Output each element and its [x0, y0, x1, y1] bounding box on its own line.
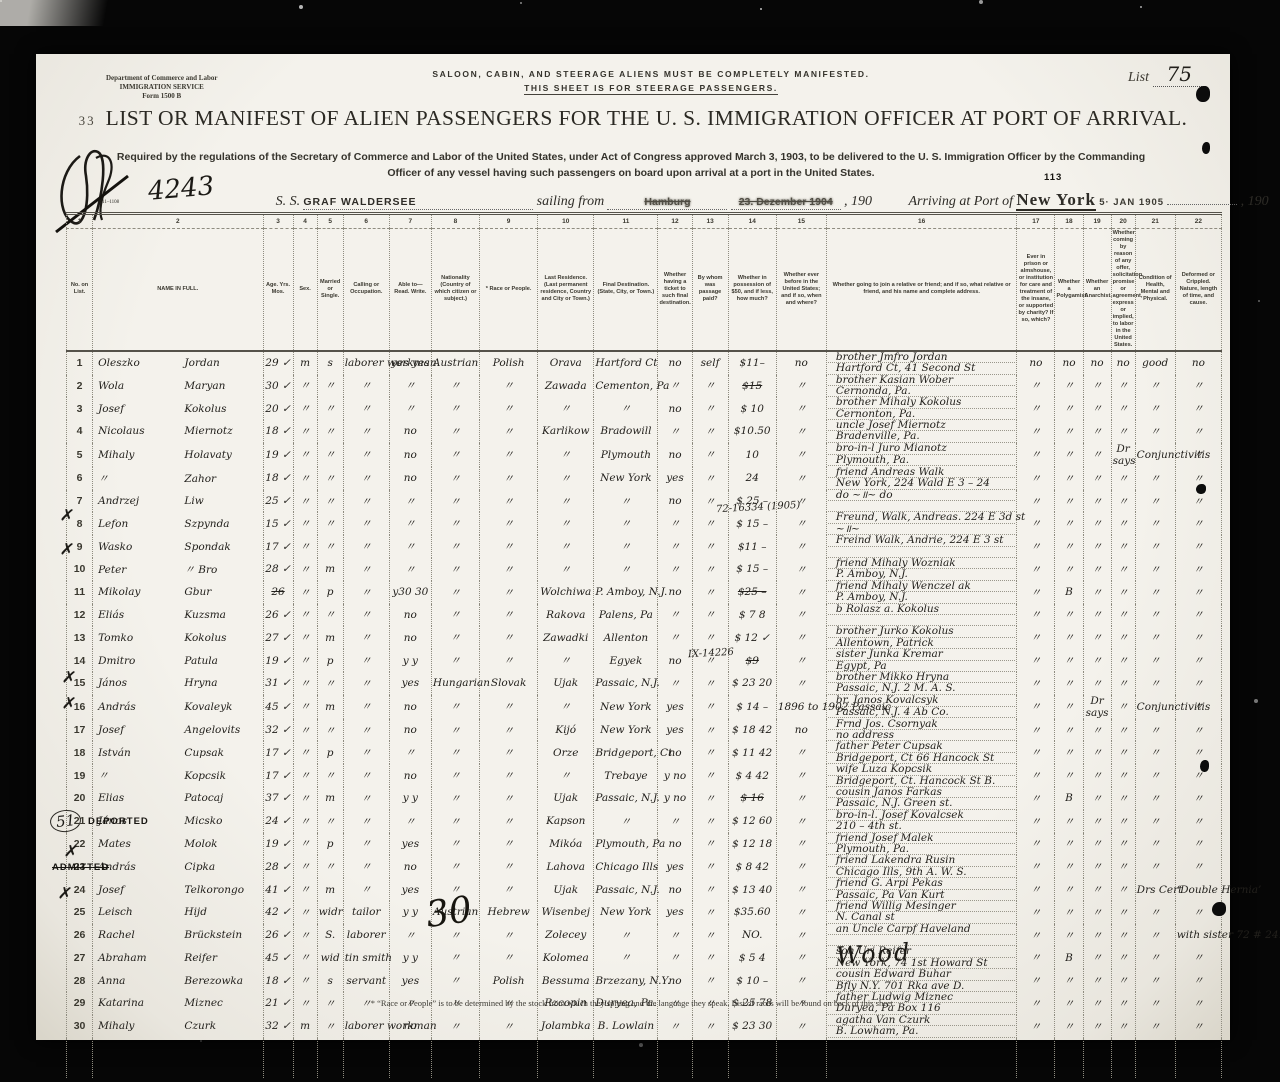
cell-c20: 〃 — [1111, 467, 1135, 490]
cell-paid: 〃 — [692, 512, 728, 535]
passenger-name: RachelBrückstein — [93, 924, 263, 947]
relative-line2: New York, 224 Wald E 3 – 24 — [828, 478, 1015, 489]
cell-c20: 〃 — [1111, 420, 1135, 443]
agency-line1: Department of Commerce and Labor — [106, 74, 217, 83]
cell-res: Zawadki — [538, 626, 594, 649]
cell-money: $11– — [728, 351, 776, 375]
cell-race: 〃 — [480, 946, 538, 969]
relative-friend-cell: brother Jmfro JordanHartford Ct, 41 Seco… — [826, 351, 1016, 375]
last-name: Kovaleyk — [178, 701, 232, 713]
cell-money: $ 5 4 — [728, 946, 776, 969]
last-name: Liw — [178, 495, 203, 507]
cell-money: $ 12 18 — [728, 833, 776, 856]
passenger-name: 〃Kopcsik — [93, 764, 263, 787]
cell-c22: with sister 72 # 24. Wa — [1175, 924, 1221, 947]
cell-tkt: yes — [658, 855, 692, 878]
relative-line2: P. Amboy, N.J. — [828, 592, 1015, 603]
passenger-name: LefonSzpynda — [93, 512, 263, 535]
cell-mar: 〃 — [317, 855, 343, 878]
cell-health: 〃 — [1135, 810, 1175, 833]
cell-rw: yes — [389, 833, 431, 856]
cell-health: 〃 — [1135, 397, 1175, 420]
cell-health: 〃 — [1135, 833, 1175, 856]
cell-age: 45 ✓ — [263, 946, 293, 969]
cell-tkt: 〃 — [658, 535, 692, 558]
first-name: Mihaly — [94, 449, 178, 461]
cell-res: Lahova — [538, 855, 594, 878]
cell-occ: 〃 — [343, 512, 389, 535]
cell-paid: 〃 — [692, 581, 728, 604]
cell-c20: 〃 — [1111, 626, 1135, 649]
table-row: 25LeischHijd42 ✓〃widrtailory yAustrianHe… — [67, 901, 1222, 924]
cell-c18: 〃 — [1055, 764, 1083, 787]
cell-sex: 〃 — [293, 787, 317, 810]
cell-before: 〃 — [776, 558, 826, 581]
cell-c17: 〃 — [1017, 581, 1055, 604]
cell-c19: 〃 — [1083, 581, 1111, 604]
cell-race: Polish — [480, 351, 538, 375]
cell-c17: 〃 — [1017, 397, 1055, 420]
cell-health: 〃 — [1135, 581, 1175, 604]
cell-age: 15 ✓ — [263, 512, 293, 535]
cell-race: 〃 — [480, 924, 538, 947]
cell-age: 19 ✓ — [263, 833, 293, 856]
cell-sex: 〃 — [293, 604, 317, 627]
cell-dest: 〃 — [594, 397, 658, 420]
cell-age: 20 ✓ — [263, 397, 293, 420]
cell-nat: 〃 — [431, 741, 479, 764]
cell-race: 〃 — [480, 375, 538, 398]
cell-tkt: yes — [658, 901, 692, 924]
cell-c19: 〃 — [1083, 558, 1111, 581]
cell-tkt: y no — [658, 787, 692, 810]
cell-money: 10 — [728, 443, 776, 467]
cell-res: Zolecey — [538, 924, 594, 947]
cell-mar: s — [317, 969, 343, 992]
page-stamp: 33 — [79, 113, 96, 128]
cell-no: 19 — [67, 764, 93, 787]
cell-money: $ 16 — [728, 787, 776, 810]
cell-nat: 〃 — [431, 649, 479, 672]
cell-no: 1 — [67, 351, 93, 375]
column-header: NAME IN FULL. — [93, 229, 263, 351]
cell-rw: no — [389, 626, 431, 649]
cell-nat: 〃 — [431, 810, 479, 833]
cell-c20: 〃 — [1111, 397, 1135, 420]
relative-line2: 210 – 4th st. — [828, 821, 1015, 832]
cell-health: 〃 — [1135, 901, 1175, 924]
first-name: Josef — [94, 884, 178, 896]
arrival-port: New York — [1016, 190, 1096, 211]
first-name: Josef — [94, 403, 178, 415]
cell-paid: 〃 — [692, 443, 728, 467]
passenger-name: WaskoSpondak — [93, 535, 263, 558]
cell-tkt: 〃 — [658, 626, 692, 649]
cell-c22: 〃 — [1175, 672, 1221, 695]
cell-paid: 〃 — [692, 901, 728, 924]
relative-friend-cell: friend Lakendra RusinChicago Ills, 9th A… — [826, 855, 1016, 878]
first-name: Elias — [94, 792, 178, 804]
cell-c20: 〃 — [1111, 490, 1135, 513]
cell-sex: 〃 — [293, 695, 317, 719]
cell-c19: 〃 — [1083, 719, 1111, 742]
column-header: Deformed or Crippled. Nature, length of … — [1175, 229, 1221, 351]
cell-c18: 〃 — [1055, 397, 1083, 420]
relative-line1: wife Luza Kopcsik — [828, 764, 1015, 775]
cell-dest: P. Amboy, N.J. — [594, 581, 658, 604]
cell-res: 〃 — [538, 535, 594, 558]
cell-race: Hebrew — [480, 901, 538, 924]
cell-c17: 〃 — [1017, 467, 1055, 490]
cell-dest: Passaic, N.J. — [594, 787, 658, 810]
cell-rw: 〃 — [389, 512, 431, 535]
passenger-name: AbrahamReifer — [93, 946, 263, 969]
cell-money: NO. — [728, 924, 776, 947]
column-header: Whether ever before in the United States… — [776, 229, 826, 351]
cell-c17: 〃 — [1017, 672, 1055, 695]
first-name: Dmitro — [94, 655, 178, 667]
cell-c18: 〃 — [1055, 719, 1083, 742]
cell-c18: B — [1055, 581, 1083, 604]
cell-paid: 〃 — [692, 420, 728, 443]
cell-c20: 〃 — [1111, 855, 1135, 878]
cell-c22: 〃 — [1175, 558, 1221, 581]
cell-mar: 〃 — [317, 375, 343, 398]
cell-paid: 〃 — [692, 695, 728, 719]
cell-dest: New York — [594, 467, 658, 490]
cell-nat: 〃 — [431, 946, 479, 969]
cell-race: 〃 — [480, 1015, 538, 1038]
cell-sex: 〃 — [293, 810, 317, 833]
cell-mar: 〃 — [317, 604, 343, 627]
cell-c17: 〃 — [1017, 901, 1055, 924]
first-name: 〃 — [94, 471, 178, 486]
relative-line1: do ~॥~ do — [828, 490, 1015, 501]
column-header: Sex. — [293, 229, 317, 351]
cell-sex: 〃 — [293, 558, 317, 581]
passenger-name: EliásKuzsma — [93, 604, 263, 627]
cell-no: 2 — [67, 375, 93, 398]
cell-mar: m — [317, 878, 343, 901]
first-name: Peter — [94, 564, 178, 576]
cell-age: 24 ✓ — [263, 810, 293, 833]
cell-occ: laborer — [343, 924, 389, 947]
column-number: 11 — [594, 214, 658, 229]
cell-money: $10.50 — [728, 420, 776, 443]
cell-res: Zawada — [538, 375, 594, 398]
column-header: Nationality (Country of which citizen or… — [431, 229, 479, 351]
last-name: Miernotz — [178, 425, 232, 437]
cell-paid: 〃 — [692, 969, 728, 992]
cell-c17: 〃 — [1017, 764, 1055, 787]
cell-nat: 〃 — [431, 535, 479, 558]
cell-tkt: 〃 — [658, 558, 692, 581]
last-name: Patula — [178, 655, 217, 667]
cell-sex: 〃 — [293, 764, 317, 787]
relative-friend-cell: bro-in-l Juro MianotzPlymouth, Pa. — [826, 443, 1016, 467]
cell-health: 〃 — [1135, 649, 1175, 672]
cell-before: 〃 — [776, 901, 826, 924]
cell-paid: 〃 — [692, 787, 728, 810]
cell-race: 〃 — [480, 719, 538, 742]
table-row: 20EliasPatocaj37 ✓〃m〃y y〃〃UjakPassaic, N… — [67, 787, 1222, 810]
last-name: Molok — [178, 838, 217, 850]
cell-rw: 〃 — [389, 375, 431, 398]
relative-friend-cell: brother Mihaly KokolusCernonton, Pa. — [826, 397, 1016, 420]
cell-res: Rakova — [538, 604, 594, 627]
cell-nat: 〃 — [431, 719, 479, 742]
cell-rw: no — [389, 719, 431, 742]
relative-line2: Passaic, N.J. 4 Ab Co. — [828, 707, 1015, 718]
cell-age: 17 ✓ — [263, 535, 293, 558]
cell-before: 1896 to 1902 Passaic — [776, 695, 826, 719]
column-header: Whether an Anarchist. — [1083, 229, 1111, 351]
cell-dest: Passaic, N.J. — [594, 672, 658, 695]
cell-c18: 〃 — [1055, 558, 1083, 581]
margin-x-row26: ✗ — [63, 841, 80, 863]
cell-c18: 〃 — [1055, 375, 1083, 398]
cell-c17: 〃 — [1017, 969, 1055, 992]
scan-artifact — [1212, 902, 1226, 916]
cell-paid: self — [692, 351, 728, 375]
first-name: Wola — [94, 380, 178, 392]
cell-c20: 〃 — [1111, 764, 1135, 787]
cell-tkt: no — [658, 443, 692, 467]
column-header: * Race or People. — [480, 229, 538, 351]
cell-dest: 〃 — [594, 810, 658, 833]
last-name: Hijd — [178, 906, 207, 918]
cell-c17: 〃 — [1017, 626, 1055, 649]
table-row: 19〃Kopcsik17 ✓〃〃〃no〃〃〃Trebayey no〃$ 4 42… — [67, 764, 1222, 787]
cell-mar: 〃 — [317, 512, 343, 535]
cell-age: 25 ✓ — [263, 490, 293, 513]
cell-race: 〃 — [480, 490, 538, 513]
cell-before: 〃 — [776, 672, 826, 695]
cell-no: 10 — [67, 558, 93, 581]
cell-occ: 〃 — [343, 810, 389, 833]
cell-c19: 〃 — [1083, 787, 1111, 810]
cell-c20: 〃 — [1111, 535, 1135, 558]
cell-c22: 〃 — [1175, 626, 1221, 649]
cell-c17: 〃 — [1017, 741, 1055, 764]
column-header: Last Residence. (Last permanent residenc… — [538, 229, 594, 351]
cell-mar: wid — [317, 946, 343, 969]
last-name: Hryna — [178, 677, 217, 689]
cell-occ: 〃 — [343, 787, 389, 810]
cell-before: no — [776, 351, 826, 375]
cell-nat: 〃 — [431, 969, 479, 992]
scan-artifact — [1196, 86, 1210, 102]
cell-rw: yes yes — [389, 351, 431, 375]
cell-c20: 〃 — [1111, 672, 1135, 695]
cell-sex: 〃 — [293, 878, 317, 901]
cell-sex: 〃 — [293, 946, 317, 969]
cell-mar: s — [317, 351, 343, 375]
cell-c20: 〃 — [1111, 810, 1135, 833]
first-name: Tomko — [94, 632, 178, 644]
cell-money: $ 15 – — [728, 558, 776, 581]
cell-health: 〃 — [1135, 626, 1175, 649]
cell-paid: 〃 — [692, 810, 728, 833]
passenger-name: WolaMaryan — [93, 375, 263, 398]
cell-c20: 〃 — [1111, 969, 1135, 992]
cell-paid: 〃 — [692, 375, 728, 398]
cell-occ: 〃 — [343, 604, 389, 627]
cell-c22: 〃 — [1175, 512, 1221, 535]
cell-tkt: no — [658, 351, 692, 375]
relative-line1: brother Mihaly Kokolus — [828, 397, 1015, 408]
column-number: 2 — [93, 214, 263, 229]
cell-rw: y30 30 — [389, 581, 431, 604]
cell-health: Conjunctivitis — [1135, 443, 1175, 467]
cell-mar: widr — [317, 901, 343, 924]
cell-no: 26 — [67, 924, 93, 947]
cell-race: 〃 — [480, 467, 538, 490]
cell-nat: 〃 — [431, 855, 479, 878]
cell-occ: 〃 — [343, 695, 389, 719]
saloon-line2: THIS SHEET IS FOR STEERAGE PASSENGERS. — [366, 82, 936, 96]
cell-c22: 〃 — [1175, 375, 1221, 398]
cell-race: 〃 — [480, 420, 538, 443]
cell-occ: servant — [343, 969, 389, 992]
cell-before: 〃 — [776, 626, 826, 649]
relative-friend-cell: brother Kasian WoberCernonda, Pa. — [826, 375, 1016, 398]
first-name: Leisch — [94, 906, 178, 918]
first-name: János — [94, 677, 178, 689]
cell-c17: 〃 — [1017, 787, 1055, 810]
cell-money: $ 8 42 — [728, 855, 776, 878]
passenger-name: IstvánCupsak — [93, 741, 263, 764]
cell-occ: 〃 — [343, 443, 389, 467]
column-header: Able to— Read. Write. — [389, 229, 431, 351]
cell-money: 24 — [728, 467, 776, 490]
cell-nat: 〃 — [431, 604, 479, 627]
cell-health: 〃 — [1135, 924, 1175, 947]
cell-c18: 〃 — [1055, 443, 1083, 467]
cell-res: 〃 — [538, 764, 594, 787]
cell-sex: 〃 — [293, 467, 317, 490]
cell-mar: 〃 — [317, 1015, 343, 1038]
cell-health: Drs Cert — [1135, 878, 1175, 901]
cell-sex: 〃 — [293, 375, 317, 398]
cell-money: $ 12 ✓ — [728, 626, 776, 649]
cell-nat: 〃 — [431, 490, 479, 513]
relative-friend-cell: br. Janos KovalcsykPassaic, N.J. 4 Ab Co… — [826, 695, 1016, 719]
last-name: Angelovits — [178, 724, 240, 736]
cell-c17: 〃 — [1017, 490, 1055, 513]
last-name: Czurk — [178, 1020, 216, 1032]
cell-occ: 〃 — [343, 467, 389, 490]
cell-paid: 〃 — [692, 626, 728, 649]
cell-c19: 〃 — [1083, 467, 1111, 490]
last-name: Kokolus — [178, 403, 226, 415]
cell-nat: 〃 — [431, 558, 479, 581]
cell-c17: 〃 — [1017, 878, 1055, 901]
cell-c20: 〃 — [1111, 695, 1135, 719]
passenger-name: JosefKokolus — [93, 397, 263, 420]
cell-race: 〃 — [480, 855, 538, 878]
cell-res: Kapson — [538, 810, 594, 833]
cell-mar: 〃 — [317, 443, 343, 467]
cell-money: $ 10 — [728, 397, 776, 420]
first-name: Rachel — [94, 929, 178, 941]
relative-friend-cell: friend Willig MesingerN. Canal st — [826, 901, 1016, 924]
cell-sex: 〃 — [293, 626, 317, 649]
cell-c18: 〃 — [1055, 1015, 1083, 1038]
cell-rw: 〃 — [389, 810, 431, 833]
deported-stamp: DEPORTED — [88, 816, 149, 827]
last-name: Gbur — [178, 586, 211, 598]
list-label: List — [1128, 70, 1149, 85]
cell-age: 28 ✓ — [263, 558, 293, 581]
column-header: Whether a Polygamist. — [1055, 229, 1083, 351]
cell-c19: 〃 — [1083, 833, 1111, 856]
title-row: 33LIST OR MANIFEST OF ALIEN PASSENGERS F… — [36, 106, 1230, 131]
table-row: 22MatesMolok19 ✓〃p〃yes〃〃MikóaPlymouth, P… — [67, 833, 1222, 856]
first-name: Josef — [94, 724, 178, 736]
cell-mar: S. — [317, 924, 343, 947]
column-header: By whom was passage paid? — [692, 229, 728, 351]
column-number-row: 12345678910111213141516171819202122 — [67, 214, 1222, 229]
cell-occ: 〃 — [343, 490, 389, 513]
year-suffix-1: , 190 — [844, 194, 872, 209]
table-row: 13TomkoKokolus27 ✓〃m〃no〃〃ZawadkiAllenton… — [67, 626, 1222, 649]
race-footnote: * “Race or People” is to be determined b… — [36, 998, 1230, 1008]
cell-rw: 〃 — [389, 397, 431, 420]
cell-paid: 〃 — [692, 397, 728, 420]
cell-before: no — [776, 719, 826, 742]
cell-race: 〃 — [480, 787, 538, 810]
cell-res: Jolambka — [538, 1015, 594, 1038]
relative-line1: br. Janos Kovalcsyk — [828, 695, 1015, 706]
cell-health: 〃 — [1135, 467, 1175, 490]
last-name: 〃 Bro — [178, 562, 217, 577]
cell-no: 30 — [67, 1015, 93, 1038]
saloon-line1: SALOON, CABIN, AND STEERAGE ALIENS MUST … — [366, 68, 936, 82]
cell-no: 20 — [67, 787, 93, 810]
passenger-name: 〃Zahor — [93, 467, 263, 490]
cell-tkt: 〃 — [658, 420, 692, 443]
relative-friend-cell: cousin Janos FarkasPassaic, N.J. Green s… — [826, 787, 1016, 810]
cell-c17: 〃 — [1017, 855, 1055, 878]
cell-paid: 〃 — [692, 946, 728, 969]
cell-sex: 〃 — [293, 833, 317, 856]
cell-c20: 〃 — [1111, 741, 1135, 764]
relative-friend-cell: friend Mihaly WozniakP. Amboy, N.J. — [826, 558, 1016, 581]
column-header: Final Destination. (State, City, or Town… — [594, 229, 658, 351]
relative-friend-cell: Freind Walk, Andrie, 224 E 3 st — [826, 535, 1016, 558]
cell-nat: 〃 — [431, 512, 479, 535]
cell-money: $ 23 30 — [728, 1015, 776, 1038]
cell-sex: 〃 — [293, 490, 317, 513]
table-row: 3JosefKokolus20 ✓〃〃〃〃〃〃〃〃no〃$ 10〃brother… — [67, 397, 1222, 420]
cell-before: 〃 — [776, 535, 826, 558]
cell-rw: 〃 — [389, 490, 431, 513]
cell-before: 〃 — [776, 375, 826, 398]
cell-dest: 〃 — [594, 535, 658, 558]
relative-friend-cell: do ~॥~ do — [826, 490, 1016, 513]
passenger-name: MihalyCzurk — [93, 1015, 263, 1038]
cell-race: 〃 — [480, 878, 538, 901]
cell-dest: Passaic, N.J. — [594, 878, 658, 901]
cell-before: 〃 — [776, 969, 826, 992]
cell-health: 〃 — [1135, 969, 1175, 992]
cell-c20: 〃 — [1111, 878, 1135, 901]
subtitle-line1: Required by the regulations of the Secre… — [76, 150, 1186, 166]
cell-dest: Brzezany, N.Y. — [594, 969, 658, 992]
cell-health: 〃 — [1135, 719, 1175, 742]
sailing-port: Hamburg — [644, 196, 690, 208]
